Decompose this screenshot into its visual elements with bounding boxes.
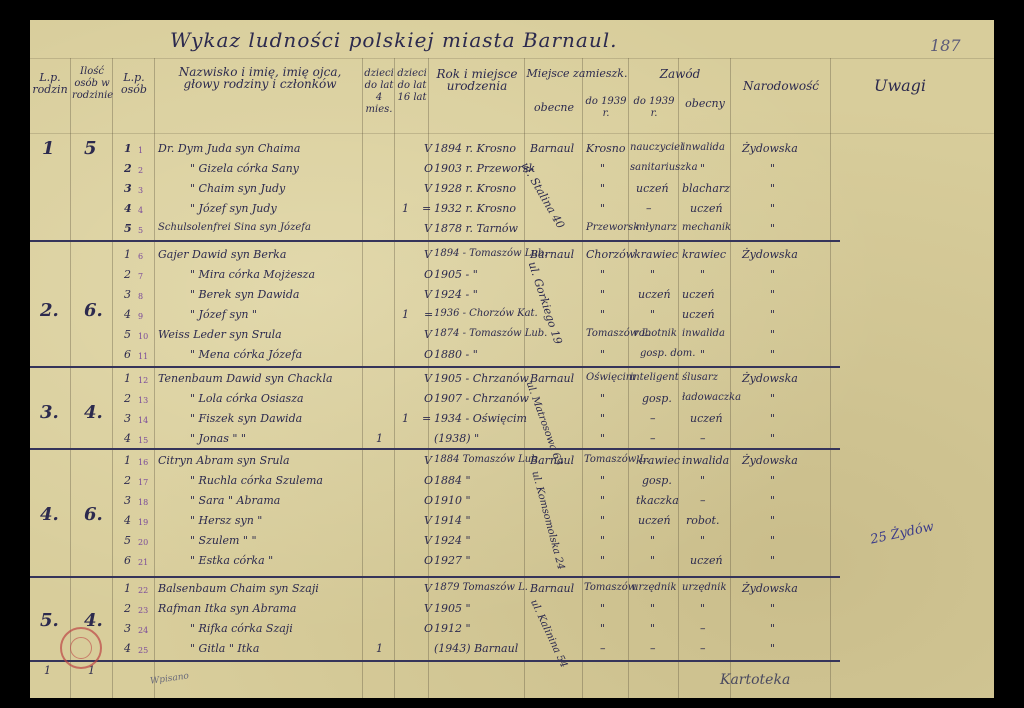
member-nationality: "	[770, 602, 775, 615]
member-index: 4	[138, 206, 143, 215]
member-mark: O	[424, 554, 433, 567]
member-name: " Berek syn Dawida	[190, 288, 299, 301]
member-nationality: "	[770, 222, 775, 235]
member-birth: 1907 - Chrzanów	[434, 392, 529, 405]
member-index: 3	[138, 186, 143, 195]
member-children-4: 1	[376, 432, 383, 445]
member-nationality: Żydowska	[742, 582, 798, 595]
member-number: 2	[124, 602, 131, 615]
page-number: 187	[930, 36, 961, 55]
member-number: 1	[124, 454, 131, 467]
member-nationality: "	[770, 474, 775, 487]
member-occupation-before: "	[650, 534, 655, 547]
member-name: " Estka córka "	[190, 554, 273, 567]
header-zawod: Zawód	[630, 68, 730, 80]
member-birth: 1927 "	[434, 554, 471, 567]
member-name: Balsenbaum Chaim syn Szaji	[158, 582, 319, 595]
member-occupation-now: "	[700, 348, 705, 361]
member-index: 20	[138, 538, 148, 547]
member-name: Rafman Itka syn Abrama	[158, 602, 296, 615]
member-mark: V	[424, 582, 432, 595]
member-prior-residence: "	[600, 534, 605, 547]
member-occupation-now: –	[700, 432, 706, 445]
family-lp: 2.	[40, 300, 59, 321]
member-mark: =	[422, 202, 431, 215]
member-occupation-before: gosp. dom.	[640, 348, 695, 359]
checked-note: Wpisano	[149, 671, 189, 686]
member-occupation-now: blacharz	[682, 182, 730, 195]
member-occupation-before: inteligent	[630, 372, 679, 383]
member-number: 1	[124, 142, 132, 155]
family-address: ul. Komsomolska 24	[529, 470, 566, 571]
member-number: 5	[124, 534, 131, 547]
header-obecne: obecne	[526, 102, 582, 114]
archive-stamp	[60, 627, 102, 669]
member-birth: 1914 "	[434, 514, 471, 527]
member-number: 4	[124, 514, 131, 527]
header-rok-miejsce: Rok i miejsce urodzenia	[430, 68, 524, 92]
document-title: Wykaz ludności polskiej miasta Barnaul.	[170, 28, 617, 52]
family-separator	[30, 576, 840, 578]
member-index: 25	[138, 646, 148, 655]
member-name: " Szulem " "	[190, 534, 257, 547]
member-name: " Jonas " "	[190, 432, 246, 445]
member-current-residence: Barnaul	[530, 454, 574, 467]
member-occupation-now: urzędnik	[682, 582, 727, 593]
member-prior-residence: Oświęcim	[586, 372, 635, 383]
member-index: 18	[138, 498, 148, 507]
member-prior-residence: "	[600, 202, 605, 215]
member-index: 10	[138, 332, 148, 341]
member-number: 5	[124, 328, 131, 341]
family-lp: 1	[42, 138, 55, 159]
member-name: " Hersz syn "	[190, 514, 262, 527]
member-occupation-now: inwalida	[682, 142, 725, 153]
member-name: " Rifka córka Szaji	[190, 622, 293, 635]
member-birth: (1943) Barnaul	[434, 642, 518, 655]
member-birth: 1905 - Chrzanów	[434, 372, 529, 385]
member-nationality: "	[770, 348, 775, 361]
member-occupation-before: tkaczka	[636, 494, 679, 507]
member-index: 12	[138, 376, 148, 385]
header-miejsce-zamieszk: Miejsce zamieszk.	[526, 68, 628, 80]
member-index: 9	[138, 312, 143, 321]
member-name: " Mena córka Józefa	[190, 348, 302, 361]
member-index: 23	[138, 606, 148, 615]
member-prior-residence: "	[600, 622, 605, 635]
member-number: 2	[124, 268, 131, 281]
member-prior-residence: "	[600, 392, 605, 405]
member-name: Weiss Leder syn Srula	[158, 328, 282, 341]
member-occupation-now: robot.	[686, 514, 719, 527]
column-divider	[730, 58, 731, 698]
member-mark: V	[424, 288, 432, 301]
member-occupation-before: "	[650, 622, 655, 635]
member-index: 5	[138, 226, 143, 235]
member-prior-residence: "	[600, 268, 605, 281]
member-number: 3	[124, 182, 132, 195]
member-occupation-now: uczeń	[682, 308, 715, 321]
member-prior-residence: "	[600, 182, 605, 195]
member-occupation-now: inwalida	[682, 328, 725, 339]
member-name: Tenenbaum Dawid syn Chackla	[158, 372, 333, 385]
member-birth: 1924 - "	[434, 288, 478, 301]
member-prior-residence: "	[600, 412, 605, 425]
member-occupation-before: gosp.	[642, 392, 672, 405]
member-index: 21	[138, 558, 148, 567]
member-number: 3	[124, 494, 131, 507]
column-divider	[154, 58, 155, 698]
archive-stamp-inner	[70, 637, 92, 659]
column-divider	[362, 58, 363, 698]
member-occupation-now: uczeń	[682, 288, 715, 301]
column-divider	[830, 58, 831, 698]
member-occupation-before: robotnik	[634, 328, 677, 339]
member-number: 3	[124, 622, 131, 635]
member-birth: 1928 r. Krosno	[434, 182, 516, 195]
member-birth: (1938) "	[434, 432, 479, 445]
member-name: Schulsolenfrei Sina syn Józefa	[158, 222, 311, 233]
member-nationality: Żydowska	[742, 454, 798, 467]
member-current-residence: Barnaul	[530, 248, 574, 261]
member-occupation-before: sanitariuszka	[630, 162, 698, 173]
member-nationality: "	[770, 514, 775, 527]
member-occupation-before: –	[646, 202, 652, 215]
member-occupation-now: –	[700, 494, 706, 507]
column-divider	[394, 58, 395, 698]
member-occupation-before: –	[650, 642, 656, 655]
member-occupation-now: –	[700, 622, 706, 635]
member-nationality: "	[770, 162, 775, 175]
member-name: Citryn Abram syn Srula	[158, 454, 290, 467]
member-occupation-before: –	[650, 432, 656, 445]
member-mark: V	[424, 142, 432, 155]
member-occupation-now: "	[700, 602, 705, 615]
header-nazwisko: Nazwisko i imię, imię ojca, głowy rodzin…	[160, 66, 360, 90]
member-number: 3	[124, 412, 131, 425]
member-birth: 1910 "	[434, 494, 471, 507]
member-nationality: "	[770, 202, 775, 215]
member-occupation-now: uczeń	[690, 202, 723, 215]
row-divider	[30, 58, 994, 59]
member-mark: V	[424, 222, 432, 235]
header-dzieci-16: dzieci do lat 16 lat	[396, 68, 428, 104]
member-index: 1	[138, 146, 143, 155]
member-name: Dr. Dym Juda syn Chaima	[158, 142, 300, 155]
member-index: 14	[138, 416, 148, 425]
remark-note: 25 Żydów	[869, 519, 935, 547]
member-birth: 1880 - "	[434, 348, 478, 361]
member-occupation-before: "	[650, 308, 655, 321]
member-number: 6	[124, 348, 131, 361]
family-count: 4.	[84, 402, 103, 423]
member-mark: V	[424, 372, 432, 385]
member-mark: =	[422, 412, 431, 425]
document-page: Wykaz ludności polskiej miasta Barnaul. …	[30, 20, 994, 698]
member-name: " Mira córka Mojżesza	[190, 268, 315, 281]
family-lp: 3.	[40, 402, 59, 423]
family-address: ul. Kalinina 54	[528, 598, 569, 670]
family-separator	[30, 660, 840, 662]
family-count: 6.	[84, 504, 103, 525]
member-name: Gajer Dawid syn Berka	[158, 248, 286, 261]
member-occupation-before: "	[650, 268, 655, 281]
member-prior-residence: Chorzów	[586, 248, 635, 261]
header-narodowosc: Narodowość	[732, 80, 830, 92]
column-divider	[582, 58, 583, 698]
member-number: 4	[124, 432, 131, 445]
member-number: 1	[124, 248, 131, 261]
member-occupation-now: ładowaczka	[682, 392, 741, 403]
member-index: 13	[138, 396, 148, 405]
member-birth: 1884 "	[434, 474, 471, 487]
member-mark: O	[424, 268, 433, 281]
member-prior-residence: "	[600, 308, 605, 321]
member-children-16: 1	[402, 412, 409, 425]
member-prior-residence: –	[600, 642, 606, 655]
member-nationality: "	[770, 268, 775, 281]
member-number: 4	[124, 308, 131, 321]
member-index: 6	[138, 252, 143, 261]
member-prior-residence: Krosno	[586, 142, 625, 155]
member-name: " Gitla " Itka	[190, 642, 259, 655]
member-number: 4	[124, 202, 132, 215]
family-separator	[30, 240, 840, 242]
member-mark: V	[424, 514, 432, 527]
member-occupation-now: ślusarz	[682, 372, 718, 383]
column-divider	[112, 58, 113, 698]
member-nationality: "	[770, 288, 775, 301]
member-name: " Gizela córka Sany	[190, 162, 299, 175]
member-occupation-now: "	[700, 534, 705, 547]
member-children-4: 1	[376, 642, 383, 655]
member-birth: 1932 r. Krosno	[434, 202, 516, 215]
member-occupation-before: krawiec	[634, 248, 678, 261]
member-mark: O	[424, 348, 433, 361]
member-nationality: "	[770, 392, 775, 405]
member-occupation-now: –	[700, 642, 706, 655]
member-index: 15	[138, 436, 148, 445]
member-nationality: Żydowska	[742, 248, 798, 261]
member-birth: 1905 "	[434, 602, 471, 615]
member-birth: 1905 - "	[434, 268, 478, 281]
family-separator	[30, 448, 840, 450]
member-mark: O	[424, 474, 433, 487]
member-occupation-before: uczeń	[638, 514, 671, 527]
member-occupation-before: gosp.	[642, 474, 672, 487]
column-divider	[70, 58, 71, 698]
member-nationality: "	[770, 328, 775, 341]
member-mark: O	[424, 622, 433, 635]
member-name: " Lola córka Osiasza	[190, 392, 304, 405]
member-children-16: 1	[402, 308, 409, 321]
member-occupation-now: mechanik	[682, 222, 731, 233]
member-number: 1	[124, 582, 131, 595]
header-do-1939-z: do 1939 r.	[630, 96, 678, 120]
member-prior-residence: "	[600, 474, 605, 487]
member-birth: 1884 Tomaszów Lub.	[434, 454, 541, 465]
family-separator	[30, 366, 840, 368]
member-nationality: Żydowska	[742, 142, 798, 155]
member-occupation-before: "	[650, 602, 655, 615]
member-mark: V	[424, 454, 432, 467]
member-prior-residence: "	[600, 602, 605, 615]
member-nationality: "	[770, 642, 775, 655]
member-prior-residence: "	[600, 348, 605, 361]
member-number: 6	[124, 554, 131, 567]
member-prior-residence: Tomaszów	[584, 582, 636, 593]
member-nationality: "	[770, 182, 775, 195]
member-mark: V	[424, 328, 432, 341]
member-mark: O	[424, 392, 433, 405]
header-lp-rodzin: L.p. rodzin	[30, 72, 70, 96]
member-birth: 1894 r. Krosno	[434, 142, 516, 155]
member-birth: 1912 "	[434, 622, 471, 635]
member-prior-residence: "	[600, 162, 605, 175]
member-number: 2	[124, 392, 131, 405]
member-name: " Fiszek syn Dawida	[190, 412, 302, 425]
member-name: " Józef syn "	[190, 308, 257, 321]
member-birth: 1934 - Oświęcim	[434, 412, 527, 425]
member-occupation-before: nauczyciel	[630, 142, 683, 153]
member-prior-residence: "	[600, 514, 605, 527]
family-lp: 5.	[40, 610, 59, 631]
member-birth: 1879 Tomaszów L.	[434, 582, 528, 593]
member-index: 2	[138, 166, 143, 175]
member-prior-residence: "	[600, 494, 605, 507]
member-occupation-now: uczeń	[690, 554, 723, 567]
member-nationality: "	[770, 412, 775, 425]
member-occupation-now: "	[700, 474, 705, 487]
member-number: 3	[124, 288, 131, 301]
member-index: 8	[138, 292, 143, 301]
member-name: " Sara " Abrama	[190, 494, 280, 507]
signature: Kartoteka	[720, 672, 790, 688]
member-current-residence: Barnaul	[530, 372, 574, 385]
member-nationality: "	[770, 554, 775, 567]
header-dzieci-4: dzieci do lat 4 mies.	[364, 68, 394, 116]
member-occupation-before: młynarz	[636, 222, 677, 233]
member-birth: 1874 - Tomaszów Lub.	[434, 328, 547, 339]
member-current-residence: Barnaul	[530, 582, 574, 595]
member-occupation-now: "	[700, 268, 705, 281]
member-name: " Ruchla córka Szulema	[190, 474, 323, 487]
header-uwagi: Uwagi	[850, 80, 950, 92]
member-prior-residence: "	[600, 554, 605, 567]
member-current-residence: Barnaul	[530, 142, 574, 155]
member-occupation-before: –	[650, 412, 656, 425]
member-occupation-before: "	[650, 554, 655, 567]
member-mark: O	[424, 494, 433, 507]
member-nationality: "	[770, 432, 775, 445]
member-index: 19	[138, 518, 148, 527]
member-index: 16	[138, 458, 148, 467]
member-prior-residence: Przeworsk	[586, 222, 639, 233]
member-birth: 1924 "	[434, 534, 471, 547]
member-birth: 1936 - Chorzów Kat.	[434, 308, 538, 319]
row-divider	[30, 133, 994, 134]
footer-total-families: 1	[44, 664, 51, 677]
member-children-16: 1	[402, 202, 409, 215]
member-mark: V	[424, 248, 432, 261]
member-mark: V	[424, 182, 432, 195]
member-nationality: "	[770, 308, 775, 321]
member-prior-residence: "	[600, 432, 605, 445]
header-lp-osob: L.p. osób	[114, 72, 154, 96]
member-name: " Chaim syn Judy	[190, 182, 285, 195]
member-index: 22	[138, 586, 148, 595]
family-count: 6.	[84, 300, 103, 321]
member-index: 11	[138, 352, 148, 361]
member-occupation-before: uczeń	[638, 288, 671, 301]
member-occupation-now: inwalida	[682, 454, 729, 467]
member-occupation-now: "	[700, 162, 705, 175]
member-nationality: "	[770, 622, 775, 635]
member-number: 4	[124, 642, 131, 655]
header-obecny: obecny	[680, 98, 730, 110]
family-count: 5	[84, 138, 97, 159]
member-nationality: Żydowska	[742, 372, 798, 385]
member-mark: V	[424, 534, 432, 547]
member-number: 5	[124, 222, 132, 235]
member-number: 2	[124, 474, 131, 487]
member-number: 1	[124, 372, 131, 385]
member-number: 2	[124, 162, 132, 175]
member-mark: O	[424, 162, 433, 175]
member-nationality: "	[770, 534, 775, 547]
member-occupation-before: urzędnik	[632, 582, 677, 593]
member-occupation-now: uczeń	[690, 412, 723, 425]
member-nationality: "	[770, 494, 775, 507]
member-occupation-now: krawiec	[682, 248, 726, 261]
family-lp: 4.	[40, 504, 59, 525]
member-birth: 1878 r. Tarnów	[434, 222, 518, 235]
member-name: " Józef syn Judy	[190, 202, 277, 215]
family-address: ul. Stalina 40	[519, 160, 567, 231]
header-do-1939-m: do 1939 r.	[584, 96, 628, 120]
header-ilosc-osob: Ilość osób w rodzinie	[72, 66, 112, 102]
member-mark: V	[424, 602, 432, 615]
member-mark: =	[424, 308, 433, 321]
member-prior-residence: "	[600, 288, 605, 301]
member-index: 24	[138, 626, 148, 635]
member-index: 7	[138, 272, 143, 281]
member-occupation-before: uczeń	[636, 182, 669, 195]
member-occupation-before: krawiec	[636, 454, 680, 467]
member-index: 17	[138, 478, 148, 487]
